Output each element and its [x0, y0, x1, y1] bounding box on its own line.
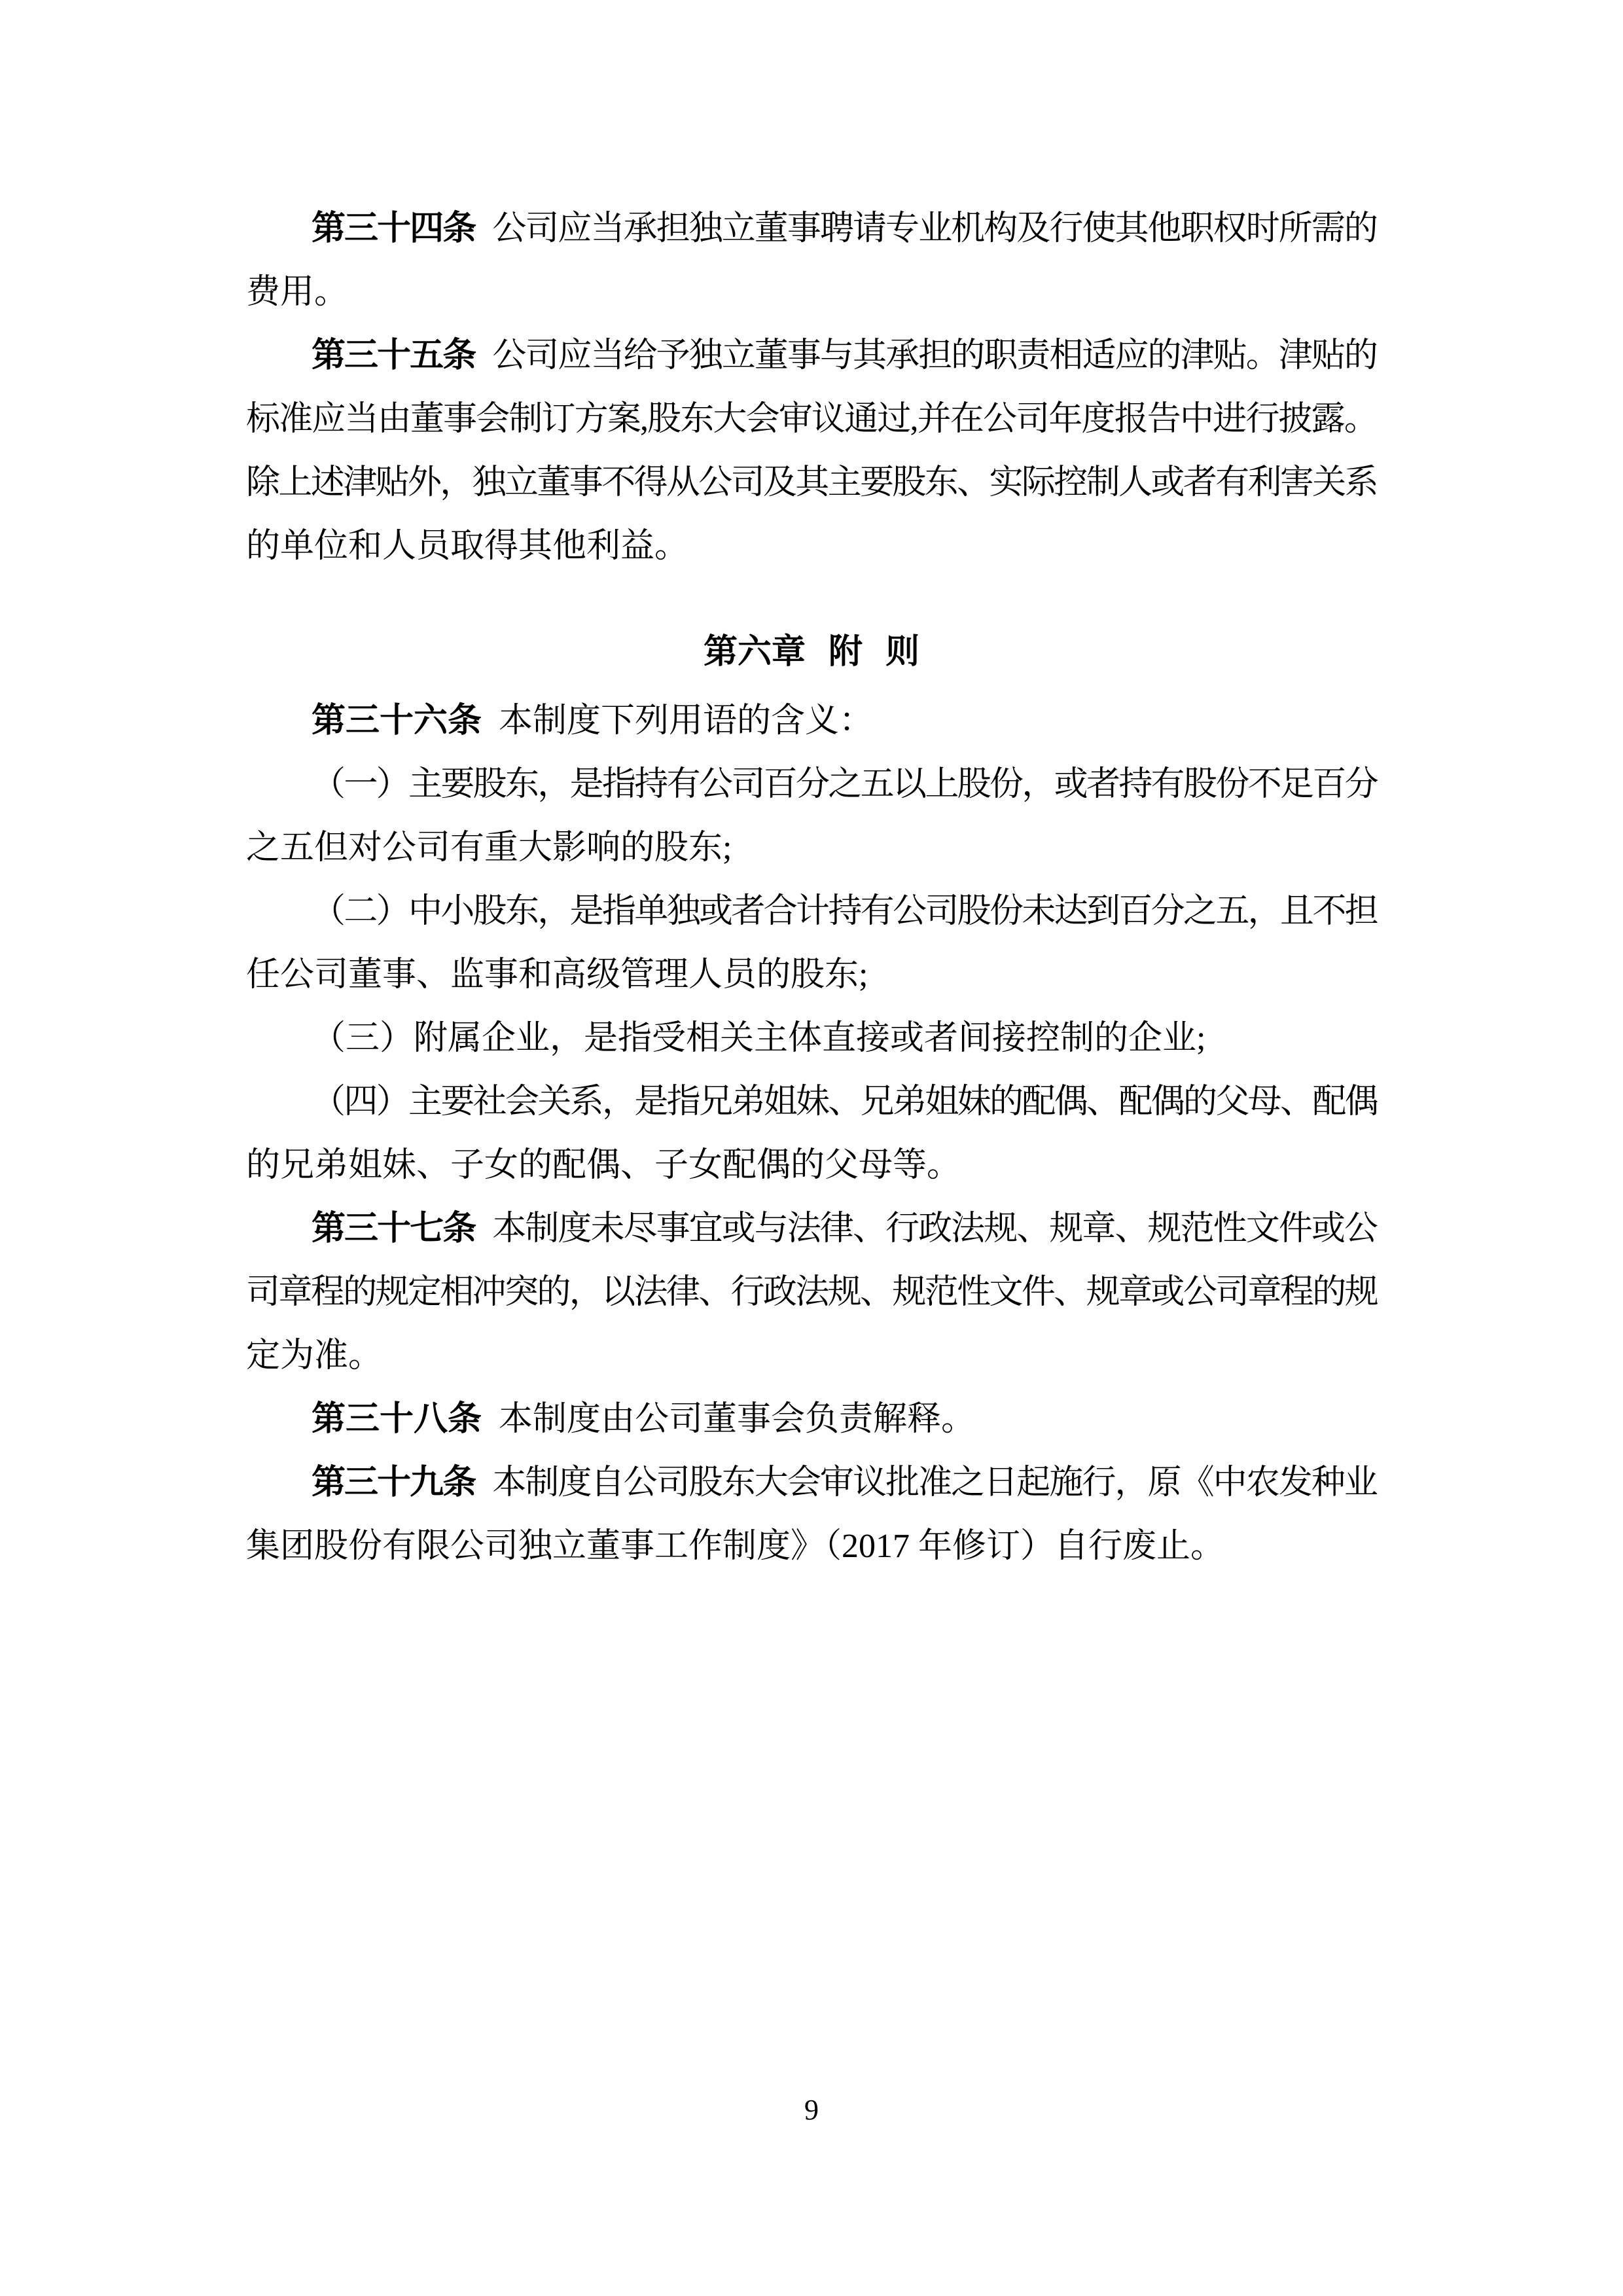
body-text: （三）附属企业，是指受相关主体直接或者间接控制的企业; [312, 1020, 1205, 1057]
text-line: 第三十四条公司应当承担独立董事聘请专业机构及行使其他职权时所需的 [246, 197, 1377, 260]
paragraph: 第三十六条本制度下列用语的含义： [246, 689, 1377, 753]
text-line-content: （一）主要股东，是指持有公司百分之五以上股份，或者持有股份不足百分 [312, 753, 1377, 816]
paragraph: 第三十八条本制度由公司董事会负责解释。 [246, 1388, 1377, 1451]
text-line-content: 之五但对公司有重大影响的股东; [246, 816, 732, 880]
text-line-content: 第三十七条本制度未尽事宜或与法律、行政法规、规章、规范性文件或公 [312, 1197, 1377, 1261]
text-line-content: 第三十六条本制度下列用语的含义： [312, 689, 873, 753]
text-line-content: 费用。 [246, 260, 348, 324]
body-text: （二）中小股东，是指单独或者合计持有公司股份未达到百分之五，且不担 [312, 893, 1377, 930]
page-number: 9 [0, 2093, 1623, 2127]
paragraph: 第三十九条本制度自公司股东大会审议批准之日起施行，原《中农发种业集团股份有限公司… [246, 1451, 1377, 1578]
body-text: 的兄弟姐妹、子女的配偶、子女配偶的父母等。 [246, 1147, 961, 1184]
text-line: （一）主要股东，是指持有公司百分之五以上股份，或者持有股份不足百分 [246, 753, 1377, 816]
body-text: 标准应当由董事会制订方案,股东大会审议通过,并在公司年度报告中进行披露。 [246, 401, 1377, 438]
text-line-content: 第三十五条公司应当给予独立董事与其承担的职责相适应的津贴。津贴的 [312, 324, 1377, 387]
text-line: 第三十八条本制度由公司董事会负责解释。 [246, 1388, 1377, 1451]
text-line: （二）中小股东，是指单独或者合计持有公司股份未达到百分之五，且不担 [246, 880, 1377, 943]
body-text: 的单位和人员取得其他利益。 [246, 528, 688, 565]
text-line: 第三十六条本制度下列用语的含义： [246, 689, 1377, 753]
text-line: （四）主要社会关系，是指兄弟姐妹、兄弟姐妹的配偶、配偶的父母、配偶 [246, 1070, 1377, 1134]
article-number: 第三十四条 [312, 210, 475, 247]
body-text: 本制度未尽事宜或与法律、行政法规、规章、规范性文件或公 [492, 1210, 1377, 1247]
paragraph: 第三十四条公司应当承担独立董事聘请专业机构及行使其他职权时所需的费用。 [246, 197, 1377, 324]
chapter-heading: 第六章 附 则 [246, 620, 1377, 684]
text-line: 的单位和人员取得其他利益。 [246, 514, 1377, 578]
text-line: 之五但对公司有重大影响的股东; [246, 816, 1377, 880]
body-text: 费用。 [246, 274, 348, 311]
paragraph: 第三十五条公司应当给予独立董事与其承担的职责相适应的津贴。津贴的标准应当由董事会… [246, 324, 1377, 578]
body-text: 除上述津贴外，独立董事不得从公司及其主要股东、实际控制人或者有利害关系 [246, 464, 1377, 501]
text-line: 的兄弟姐妹、子女的配偶、子女配偶的父母等。 [246, 1134, 1377, 1197]
text-line: 集团股份有限公司独立董事工作制度》（2017 年修订）自行废止。 [246, 1515, 1377, 1578]
text-line-content: 第三十八条本制度由公司董事会负责解释。 [312, 1388, 975, 1451]
paragraph: 第三十七条本制度未尽事宜或与法律、行政法规、规章、规范性文件或公司章程的规定相冲… [246, 1197, 1377, 1388]
text-line-content: （三）附属企业，是指受相关主体直接或者间接控制的企业; [312, 1007, 1205, 1070]
paragraph: （一）主要股东，是指持有公司百分之五以上股份，或者持有股份不足百分之五但对公司有… [246, 753, 1377, 880]
body-text: 本制度下列用语的含义： [499, 702, 873, 740]
text-line: 第三十九条本制度自公司股东大会审议批准之日起施行，原《中农发种业 [246, 1451, 1377, 1515]
text-line-content: 的单位和人员取得其他利益。 [246, 514, 688, 578]
text-line-content: 司章程的规定相冲突的，以法律、行政法规、规范性文件、规章或公司章程的规 [246, 1261, 1377, 1324]
article-number: 第三十六条 [312, 702, 482, 740]
paragraph: （三）附属企业，是指受相关主体直接或者间接控制的企业; [246, 1007, 1377, 1070]
text-line-content: （四）主要社会关系，是指兄弟姐妹、兄弟姐妹的配偶、配偶的父母、配偶 [312, 1070, 1377, 1134]
body-text: （四）主要社会关系，是指兄弟姐妹、兄弟姐妹的配偶、配偶的父母、配偶 [312, 1083, 1377, 1121]
body-text: 公司应当承担独立董事聘请专业机构及行使其他职权时所需的 [492, 210, 1377, 247]
text-line: 第六章 附 则 [246, 620, 1377, 684]
text-line: 费用。 [246, 260, 1377, 324]
article-number: 第三十五条 [312, 337, 475, 374]
text-line-content: 除上述津贴外，独立董事不得从公司及其主要股东、实际控制人或者有利害关系 [246, 451, 1377, 514]
text-line: 除上述津贴外，独立董事不得从公司及其主要股东、实际控制人或者有利害关系 [246, 451, 1377, 514]
body-text: 之五但对公司有重大影响的股东; [246, 829, 732, 867]
text-line: 第三十七条本制度未尽事宜或与法律、行政法规、规章、规范性文件或公 [246, 1197, 1377, 1261]
article-number: 第三十九条 [312, 1464, 475, 1501]
paragraph: （四）主要社会关系，是指兄弟姐妹、兄弟姐妹的配偶、配偶的父母、配偶的兄弟姐妹、子… [246, 1070, 1377, 1197]
body-text: 司章程的规定相冲突的，以法律、行政法规、规范性文件、规章或公司章程的规 [246, 1274, 1377, 1311]
text-line: 任公司董事、监事和高级管理人员的股东; [246, 943, 1377, 1007]
article-number: 第三十七条 [312, 1210, 475, 1247]
text-line-content: 标准应当由董事会制订方案,股东大会审议通过,并在公司年度报告中进行披露。 [246, 387, 1377, 451]
text-line-content: 第三十四条公司应当承担独立董事聘请专业机构及行使其他职权时所需的 [312, 197, 1377, 260]
text-line: 司章程的规定相冲突的，以法律、行政法规、规范性文件、规章或公司章程的规 [246, 1261, 1377, 1324]
text-line: 第三十五条公司应当给予独立董事与其承担的职责相适应的津贴。津贴的 [246, 324, 1377, 387]
body-text: 任公司董事、监事和高级管理人员的股东; [246, 956, 868, 994]
text-line-content: 第三十九条本制度自公司股东大会审议批准之日起施行，原《中农发种业 [312, 1451, 1377, 1515]
text-line-content: 的兄弟姐妹、子女的配偶、子女配偶的父母等。 [246, 1134, 961, 1197]
body-text: 本制度由公司董事会负责解释。 [499, 1401, 975, 1438]
body-text: （一）主要股东，是指持有公司百分之五以上股份，或者持有股份不足百分 [312, 766, 1377, 803]
text-line-content: 任公司董事、监事和高级管理人员的股东; [246, 943, 868, 1007]
document-page: 第三十四条公司应当承担独立董事聘请专业机构及行使其他职权时所需的费用。第三十五条… [0, 0, 1623, 2296]
body-text: 本制度自公司股东大会审议批准之日起施行，原《中农发种业 [492, 1464, 1377, 1501]
text-line-content: （二）中小股东，是指单独或者合计持有公司股份未达到百分之五，且不担 [312, 880, 1377, 943]
document-body: 第三十四条公司应当承担独立董事聘请专业机构及行使其他职权时所需的费用。第三十五条… [246, 197, 1377, 1578]
body-text: 定为准。 [246, 1337, 382, 1374]
text-line-content: 定为准。 [246, 1324, 382, 1388]
body-text: 公司应当给予独立董事与其承担的职责相适应的津贴。津贴的 [492, 337, 1377, 374]
text-line-content: 集团股份有限公司独立董事工作制度》（2017 年修订）自行废止。 [246, 1515, 1224, 1578]
text-line-content: 第六章 附 则 [704, 620, 919, 684]
text-line: 定为准。 [246, 1324, 1377, 1388]
body-text: 集团股份有限公司独立董事工作制度》（2017 年修订）自行废止。 [246, 1528, 1224, 1565]
text-line: （三）附属企业，是指受相关主体直接或者间接控制的企业; [246, 1007, 1377, 1070]
paragraph: （二）中小股东，是指单独或者合计持有公司股份未达到百分之五，且不担任公司董事、监… [246, 880, 1377, 1007]
text-line: 标准应当由董事会制订方案,股东大会审议通过,并在公司年度报告中进行披露。 [246, 387, 1377, 451]
article-number: 第三十八条 [312, 1401, 482, 1438]
article-number: 第六章 附 则 [704, 634, 919, 671]
